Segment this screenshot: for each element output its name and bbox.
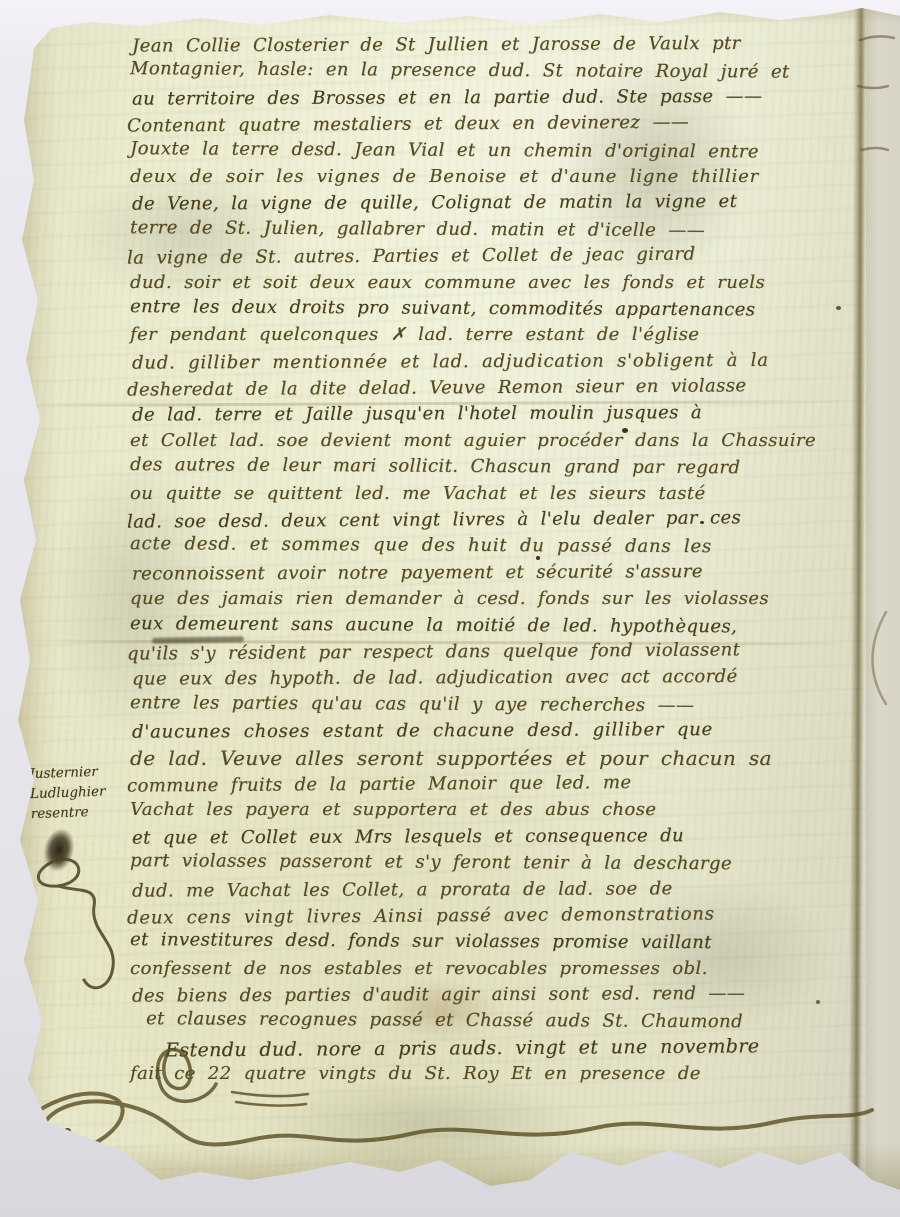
manuscript-line: ou quitte se quittent led. me Vachat et … <box>130 481 856 507</box>
manuscript-text-block: Jean Collie Closterier de St Jullien et … <box>130 32 856 1088</box>
manuscript-line: et investitures desd. fonds sur violasse… <box>130 927 856 957</box>
manuscript-line: acte desd. et sommes que des huit du pas… <box>130 532 856 562</box>
manuscript-line: d'aucunes choses estant de chacune desd.… <box>132 717 858 747</box>
top-edge-shading <box>0 0 900 24</box>
manuscript-line: et que et Collet eux Mrs lesquels et con… <box>132 822 858 852</box>
manuscript-line: Contenant quatre mestaliers et deux en d… <box>127 109 853 140</box>
manuscript-line: de Vene, la vigne de quille, Colignat de… <box>132 189 858 219</box>
manuscript-line: la vigne de St. autres. Parties et Colle… <box>127 241 853 272</box>
marginal-note: JusternierLudlughierresentre <box>29 760 151 824</box>
manuscript-line: que des jamais rien demander à cesd. fon… <box>130 586 856 612</box>
manuscript-line: et Collet lad. soe devient mont aguier p… <box>130 428 856 454</box>
manuscript-line: Jean Collie Closterier de St Jullien et … <box>132 30 858 60</box>
manuscript-line: entre les deux droits pro suivant, commo… <box>130 294 856 324</box>
manuscript-line: Montagnier, hasle: en la presence dud. S… <box>130 56 856 86</box>
manuscript-line: et clauses recognues passé et Chassé aud… <box>146 1007 856 1037</box>
manuscript-line: de lad. Veuve alles seront supportées et… <box>130 745 856 771</box>
manuscript-sheet: Jean Collie Closterier de St Jullien et … <box>0 0 900 1217</box>
paraph-flourish <box>0 1040 890 1210</box>
manuscript-line: fer pendant quelconques ✗ lad. terre est… <box>130 322 856 348</box>
manuscript-line: de lad. terre et Jaille jusqu'en l'hotel… <box>132 400 858 430</box>
manuscript-line: part violasses passeront et s'y feront t… <box>130 848 856 878</box>
manuscript-line: dud. me Vachat les Collet, a prorata de … <box>132 875 858 905</box>
manuscript-photograph: Jean Collie Closterier de St Jullien et … <box>0 0 900 1217</box>
fold-stray-marks <box>856 0 900 760</box>
manuscript-line: des biens des parties d'audit agir ainsi… <box>132 980 858 1010</box>
manuscript-line: confessent de nos estables et revocables… <box>130 956 856 982</box>
manuscript-line: que eux des hypoth. de lad. adjudication… <box>132 664 858 694</box>
manuscript-line: entre les parties qu'au cas qu'il y aye … <box>130 690 856 720</box>
margin-flourish <box>22 820 172 1010</box>
manuscript-line: Vachat les payera et supportera et des a… <box>130 797 856 823</box>
manuscript-line: deux de soir les vignes de Benoise et d'… <box>130 164 856 190</box>
manuscript-line: reconnoissent avoir notre payement et sé… <box>132 558 858 588</box>
manuscript-line: des autres de leur mari sollicit. Chascu… <box>130 452 856 482</box>
manuscript-line: Jouxte la terre desd. Jean Vial et un ch… <box>130 136 856 166</box>
manuscript-line: commune fruits de la partie Manoir que l… <box>127 768 853 799</box>
manuscript-line: dud. soir et soit deux eaux commune avec… <box>130 270 856 296</box>
